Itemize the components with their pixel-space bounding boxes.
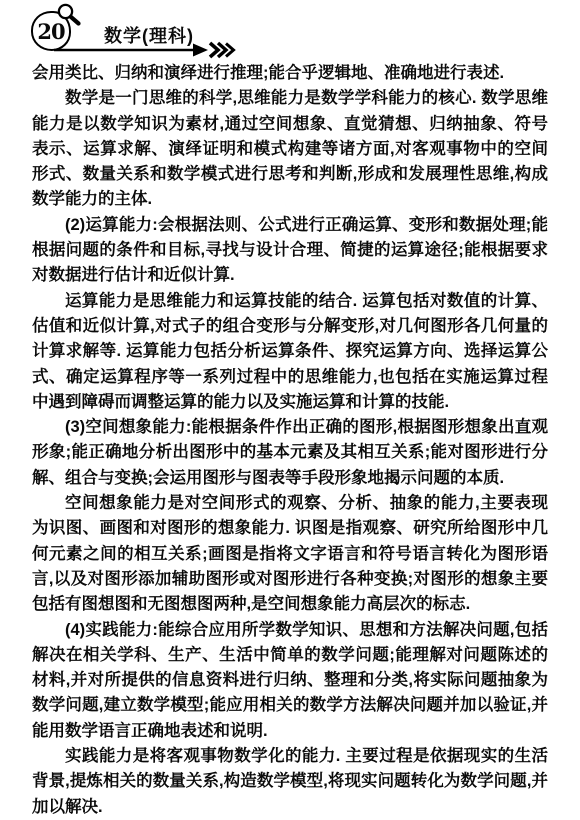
body-paragraph: 实践能力是将客观事物数学化的能力. 主要过程是依据现实的生活背景,提炼相关的数量… bbox=[32, 744, 548, 820]
body-paragraph: 空间想象能力是对空间形式的观察、分析、抽象的能力,主要表现为识图、画图和对图形的… bbox=[32, 491, 548, 617]
body-paragraph: 运算能力是思维能力和运算技能的结合. 运算包括对数值的计算、估值和近似计算,对式… bbox=[32, 289, 548, 415]
arrow-icon bbox=[193, 44, 208, 57]
header-rule bbox=[54, 40, 236, 60]
page-header: 20 数学(理科) bbox=[0, 0, 580, 62]
body-paragraph: (2)运算能力:会根据法则、公式进行正确运算、变形和数据处理;能根据问题的条件和… bbox=[32, 213, 548, 289]
textbook-page: 20 数学(理科) 会用类比、归纳和演绎进行推理;能合乎逻辑地、准确地进行表述.… bbox=[0, 0, 580, 820]
chevron-icon bbox=[210, 43, 218, 57]
body-paragraph: (3)空间想象能力:能根据条件作出正确的图形,根据图形想象出直观形象;能正确地分… bbox=[32, 415, 548, 491]
body-paragraph: 会用类比、归纳和演绎进行推理;能合乎逻辑地、准确地进行表述. bbox=[32, 61, 548, 86]
body-paragraph: 数学是一门思维的科学,思维能力是数学学科能力的核心. 数学思维能力是以数学知识为… bbox=[32, 86, 548, 212]
magnifier-icon bbox=[56, 2, 83, 29]
page-body: 会用类比、归纳和演绎进行推理;能合乎逻辑地、准确地进行表述. 数学是一门思维的科… bbox=[32, 61, 548, 820]
body-paragraph: (4)实践能力:能综合应用所学数学知识、思想和方法解决问题,包括解决在相关学科、… bbox=[32, 618, 548, 744]
